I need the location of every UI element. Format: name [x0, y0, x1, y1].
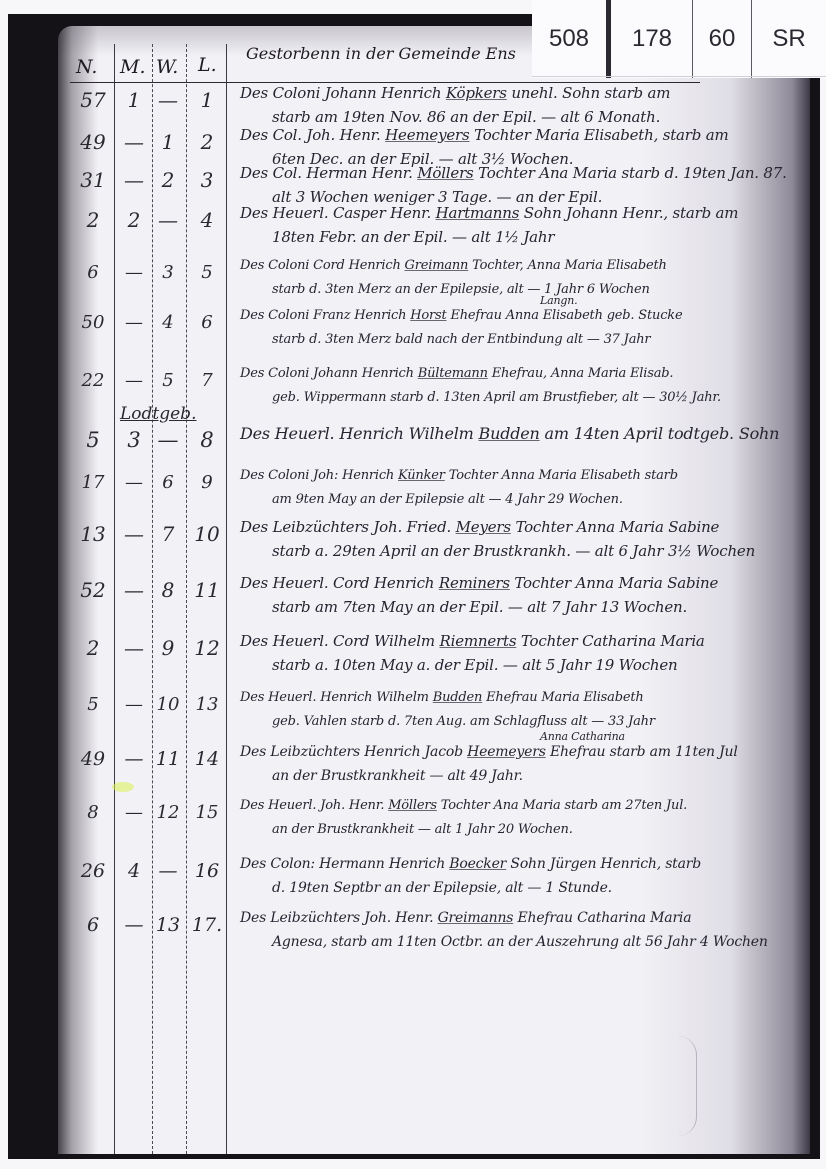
entry-female-count: —: [149, 860, 187, 882]
entry-text-line: d. 19ten Septbr an der Epilepsie, alt — …: [272, 880, 612, 896]
entry-text-line: Des Coloni Johann Henrich Köpkers unehl.…: [240, 84, 670, 102]
entry-running-number: 10: [188, 522, 226, 546]
entry-surname: Künker: [398, 468, 445, 483]
entry-number: 8: [74, 802, 112, 823]
entry-surname: Köpkers: [446, 84, 507, 102]
entry-surname: Meyers: [456, 518, 511, 536]
entry-running-number: 9: [188, 472, 226, 493]
label-edge: [532, 76, 826, 77]
entry-running-number: 12: [188, 636, 226, 660]
entry-surname: Heemeyers: [385, 126, 469, 144]
entry-surname: Möllers: [388, 798, 437, 813]
entry-number: 57: [74, 88, 112, 112]
entry-number: 13: [74, 522, 112, 546]
entry-surname: Horst: [410, 308, 446, 323]
stray-pencil-mark: [678, 1036, 697, 1136]
entry-number: 50: [74, 312, 112, 333]
entry-running-number: 1: [188, 88, 226, 112]
entry-surname: Bültemann: [418, 366, 488, 381]
entry-male-count: 2: [115, 208, 153, 232]
entry-text-line: Des Heuerl. Henrich Wilhelm Budden am 14…: [240, 424, 779, 443]
entry-text-line: Agnesa, starb am 11ten Octbr. an der Aus…: [272, 934, 768, 950]
entry-male-count: —: [115, 312, 153, 333]
entry-text-line: Des Heuerl. Joh. Henr. Möllers Tochter A…: [240, 798, 687, 813]
entry-female-count: 2: [149, 168, 187, 192]
entry-running-number: 2: [188, 130, 226, 154]
entry-female-count: 4: [149, 312, 187, 333]
entry-text-line: Des Coloni Joh: Henrich Künker Tochter A…: [240, 468, 678, 483]
entry-male-count: —: [115, 914, 153, 936]
entry-surname: Budden: [479, 424, 540, 443]
entry-text-line: starb a. 29ten April an der Brustkrankh.…: [272, 542, 755, 560]
entry-number: 17: [74, 472, 112, 493]
entry-female-count: 5: [149, 370, 187, 391]
entry-surname: Boecker: [449, 856, 506, 872]
entry-male-count: —: [115, 130, 153, 154]
entry-number: 52: [74, 578, 112, 602]
header-l: L.: [198, 54, 217, 76]
entry-interlinear-note: Langn.: [540, 294, 577, 307]
highlighter-smudge: [112, 782, 134, 792]
entry-male-count: —: [115, 168, 153, 192]
entry-male-count: —: [115, 472, 153, 493]
entry-female-count: 9: [149, 636, 187, 660]
entry-male-count: —: [115, 802, 153, 823]
header-w: W.: [156, 56, 178, 78]
entry-text-line: Des Coloni Franz Henrich Horst Ehefrau A…: [240, 308, 682, 323]
entry-female-count: —: [149, 88, 187, 112]
entry-surname: Hartmanns: [436, 204, 520, 222]
archive-label-strip: 508 178 60 SR: [532, 0, 826, 78]
entry-number: 49: [74, 130, 112, 154]
entry-running-number: 14: [188, 748, 226, 770]
header-rule: [70, 82, 700, 83]
entry-number: 6: [74, 262, 112, 283]
entry-text-line: Des Leibzüchters Joh. Henr. Greimanns Eh…: [240, 910, 691, 926]
header-no: N.: [76, 56, 97, 78]
entry-number: 49: [74, 748, 112, 770]
archive-label-cell: SR: [752, 0, 826, 78]
entry-text-line: starb d. 3ten Merz bald nach der Entbind…: [272, 332, 650, 347]
entry-text-line: Des Leibzüchters Henrich Jacob Heemeyers…: [240, 744, 738, 760]
entry-female-count: 11: [149, 748, 187, 770]
entry-text-line: Des Leibzüchters Joh. Fried. Meyers Toch…: [240, 518, 719, 536]
entry-running-number: 4: [188, 208, 226, 232]
entry-text-line: an der Brustkrankheit — alt 49 Jahr.: [272, 768, 523, 784]
header-m: M.: [120, 56, 146, 78]
entry-interlinear-note: Anna Catharina: [540, 730, 625, 743]
entry-surname: Greimanns: [438, 910, 514, 926]
entry-surname: Budden: [433, 690, 482, 705]
entry-male-count: —: [115, 748, 153, 770]
label-separator: [606, 0, 611, 78]
entry-text-line: geb. Vahlen starb d. 7ten Aug. am Schlag…: [272, 714, 655, 729]
entry-running-number: 13: [188, 694, 226, 715]
entry-male-count: 4: [115, 860, 153, 882]
entry-female-count: 6: [149, 472, 187, 493]
entry-male-count: —: [115, 694, 153, 715]
entry-text-line: Des Coloni Johann Henrich Bültemann Ehef…: [240, 366, 673, 381]
entry-number: 6: [74, 914, 112, 936]
entry-text-line: Des Heuerl. Cord Henrich Reminers Tochte…: [240, 574, 718, 592]
entry-male-count: —: [115, 370, 153, 391]
entry-text-line: Des Heuerl. Cord Wilhelm Riemnerts Tocht…: [240, 632, 705, 650]
entry-text-line: Des Heuerl. Casper Henr. Hartmanns Sohn …: [240, 204, 738, 222]
entry-female-count: 8: [149, 578, 187, 602]
entry-running-number: 6: [188, 312, 226, 333]
entry-surname: Greimann: [405, 258, 469, 273]
entry-male-count: 3: [115, 428, 153, 452]
entry-female-count: 1: [149, 130, 187, 154]
archive-label-cell: 60: [693, 0, 751, 78]
entry-number: 5: [74, 694, 112, 715]
entry-running-number: 11: [188, 578, 226, 602]
entry-text-line: starb am 7ten May an der Epil. — alt 7 J…: [272, 598, 687, 616]
entry-text-line: geb. Wippermann starb d. 13ten April am …: [272, 390, 721, 405]
entry-text-line: Des Col. Joh. Henr. Heemeyers Tochter Ma…: [240, 126, 729, 144]
entry-running-number: 8: [188, 428, 226, 452]
entry-text-line: 18ten Febr. an der Epil. — alt 1½ Jahr: [272, 228, 554, 246]
entry-running-number: 15: [188, 802, 226, 823]
entry-running-number: 7: [188, 370, 226, 391]
archive-label-cell: 178: [612, 0, 692, 78]
entry-text-line: Des Col. Herman Henr. Möllers Tochter An…: [240, 164, 787, 182]
entry-number: 2: [74, 636, 112, 660]
entry-text-line: starb a. 10ten May a. der Epil. — alt 5 …: [272, 656, 678, 674]
entry-text-line: am 9ten May an der Epilepsie alt — 4 Jah…: [272, 492, 623, 507]
entry-surname: Reminers: [439, 574, 510, 592]
entry-female-count: 13: [149, 914, 187, 936]
entry-number: 5: [74, 428, 112, 452]
entry-running-number: 3: [188, 168, 226, 192]
entry-number: 22: [74, 370, 112, 391]
entry-female-count: —: [149, 208, 187, 232]
entry-text-line: Des Colon: Hermann Henrich Boecker Sohn …: [240, 856, 701, 872]
entry-male-count: —: [115, 578, 153, 602]
archive-label-cell: 508: [532, 0, 606, 78]
entry-surname: Möllers: [417, 164, 473, 182]
entry-text-line: Des Coloni Cord Henrich Greimann Tochter…: [240, 258, 667, 273]
entry-male-count: 1: [115, 88, 153, 112]
entry-male-count: —: [115, 522, 153, 546]
entry-male-count: —: [115, 636, 153, 660]
entry-number: 31: [74, 168, 112, 192]
entry-female-count: 7: [149, 522, 187, 546]
column-rule-l: [226, 44, 227, 1154]
header-description: Gestorbenn in der Gemeinde Ens: [246, 44, 516, 63]
entry-text-line: starb am 19ten Nov. 86 an der Epil. — al…: [272, 108, 660, 126]
entry-text-line: Des Heuerl. Henrich Wilhelm Budden Ehefr…: [240, 690, 644, 705]
entry-running-number: 16: [188, 860, 226, 882]
entry-female-count: —: [149, 428, 187, 452]
entry-running-number: 17.: [188, 914, 226, 936]
entry-surname: Riemnerts: [440, 632, 517, 650]
entry-text-line: an der Brustkrankheit — alt 1 Jahr 20 Wo…: [272, 822, 573, 837]
entry-female-count: 3: [149, 262, 187, 283]
section-annotation-stillborn: Lodtgeb.: [120, 404, 196, 424]
entry-number: 2: [74, 208, 112, 232]
entry-female-count: 12: [149, 802, 187, 823]
register-page: N. M. W. L. Gestorbenn in der Gemeinde E…: [58, 26, 810, 1154]
entry-running-number: 5: [188, 262, 226, 283]
entry-female-count: 10: [149, 694, 187, 715]
entry-text-line: starb d. 3ten Merz an der Epilepsie, alt…: [272, 282, 650, 297]
entry-male-count: —: [115, 262, 153, 283]
entry-number: 26: [74, 860, 112, 882]
entry-surname: Heemeyers: [467, 744, 546, 760]
